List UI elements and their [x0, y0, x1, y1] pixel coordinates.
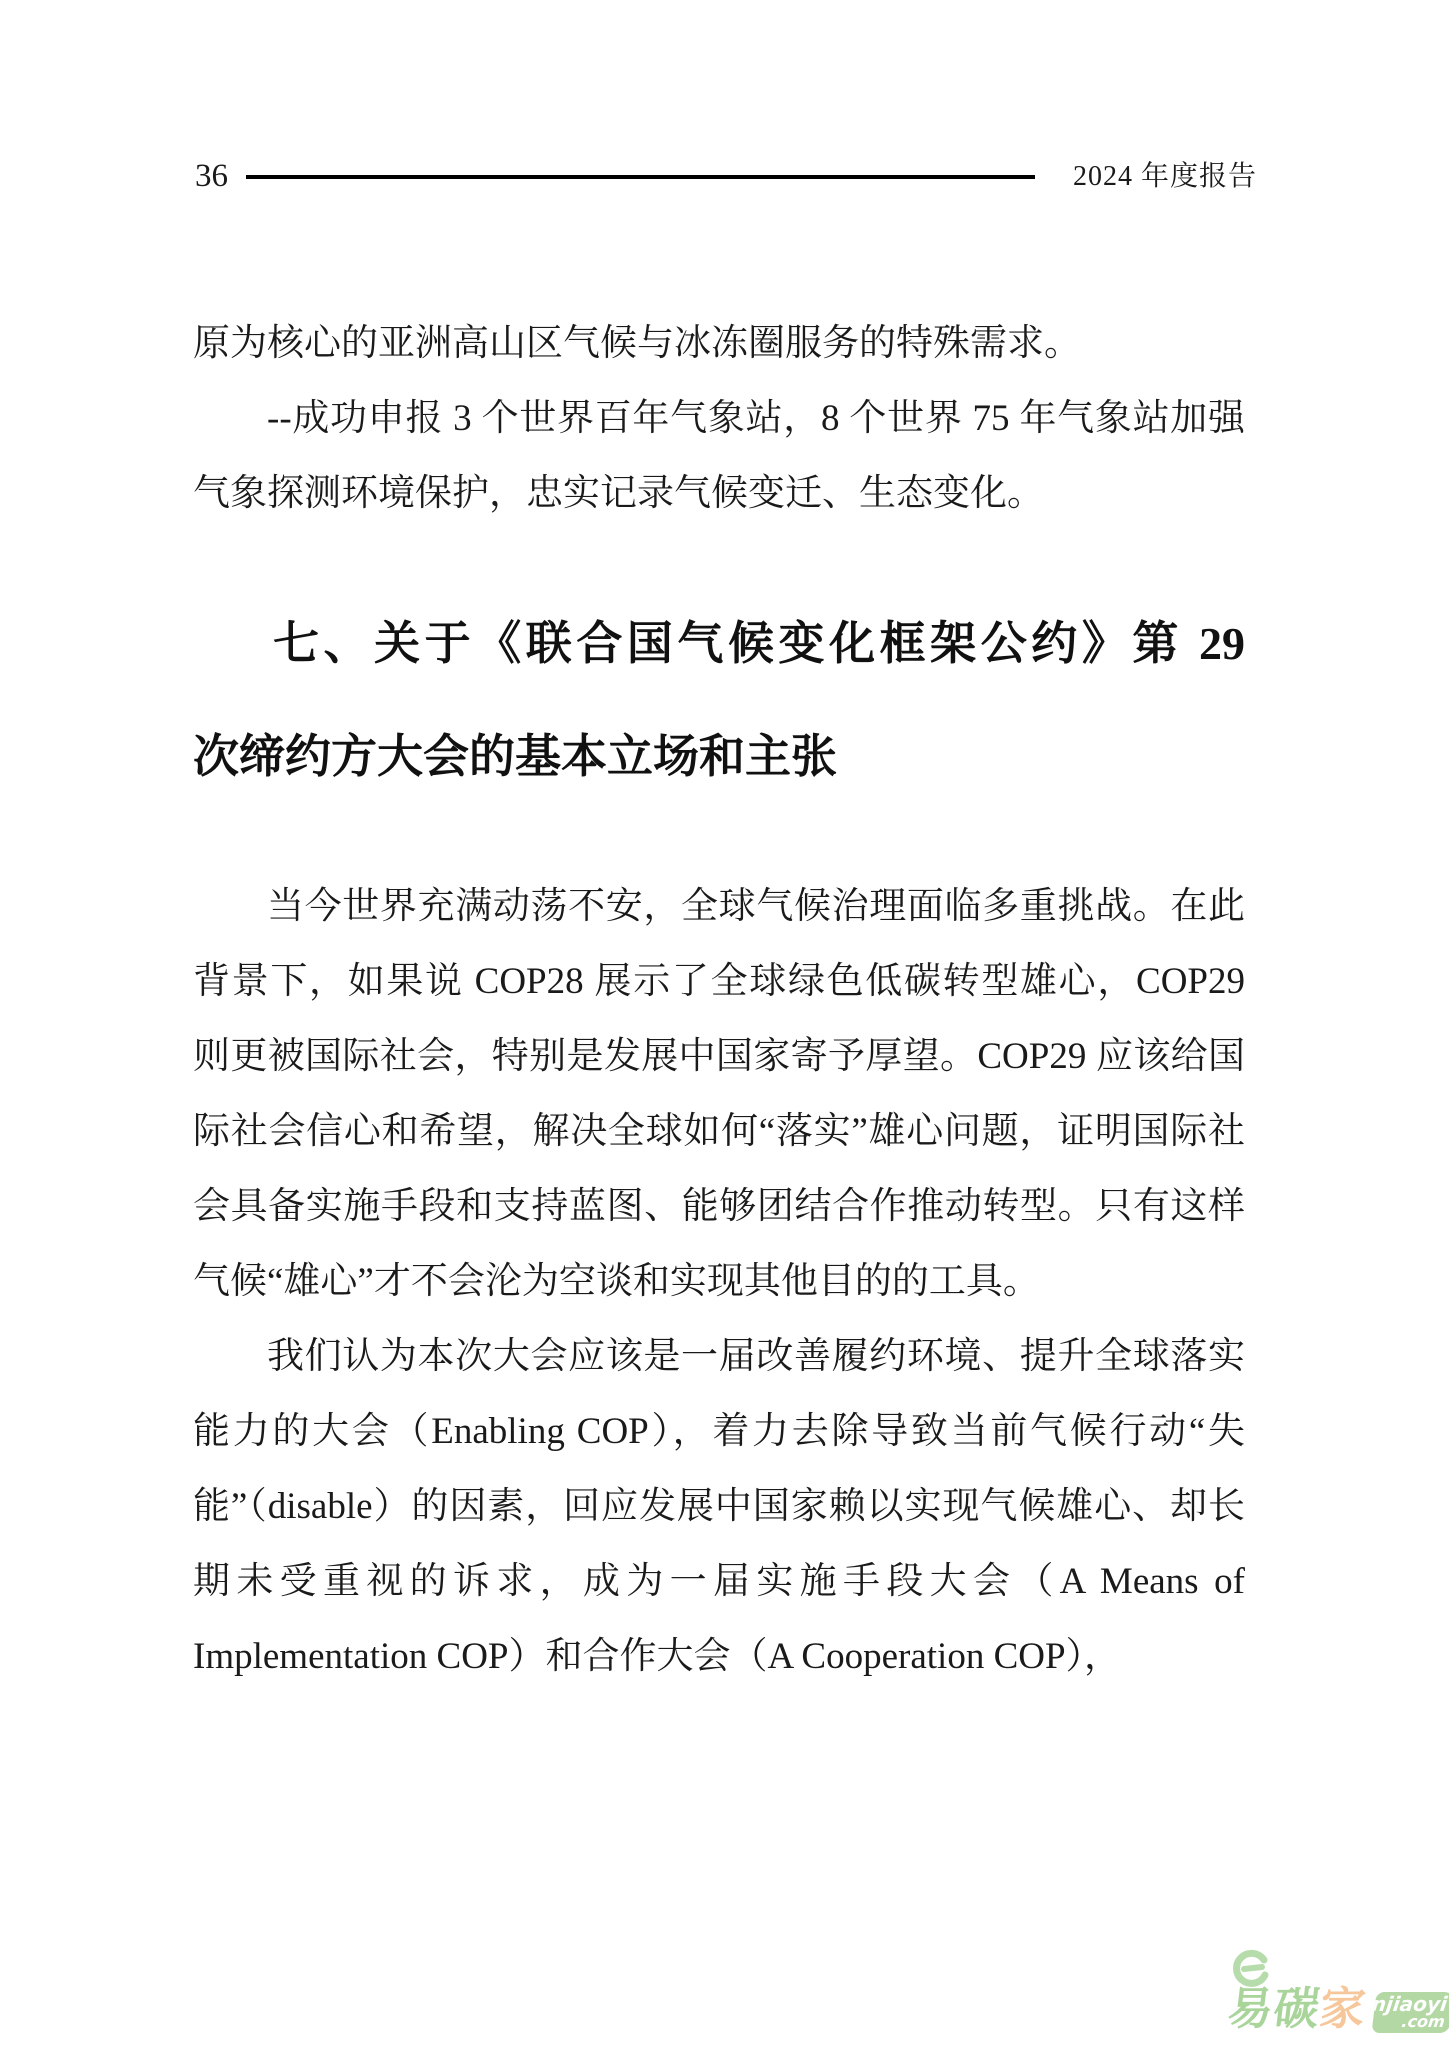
- section-heading-line-2: 次缔约方大会的基本立场和主张: [193, 700, 1245, 813]
- page-header: 36 2024 年度报告: [195, 160, 1257, 193]
- watermark-char-jia: 家: [1317, 1983, 1369, 2035]
- page-number: 36: [195, 160, 228, 193]
- paragraph-enabling-cop: 我们认为本次大会应该是一届改善履约环境、提升全球落实能力的大会（Enabling…: [193, 1319, 1245, 1694]
- watermark-char-tan: 碳: [1271, 1983, 1323, 2035]
- paragraph-weather-stations: --成功申报 3 个世界百年气象站，8 个世界 75 年气象站加强气象探测环境保…: [193, 381, 1245, 531]
- watermark-char-yi: 易: [1225, 1983, 1277, 2035]
- report-title: 2024 年度报告: [1073, 161, 1257, 193]
- paragraph-continuation: 原为核心的亚洲高山区气候与冰冻圈服务的特殊需求。: [193, 306, 1245, 381]
- section-heading-line-1: 七、关于《联合国气候变化框架公约》第 29: [193, 587, 1245, 700]
- watermark-badge: tanjiaoyi .com: [1372, 1992, 1449, 2033]
- document-page: 36 2024 年度报告 原为核心的亚洲高山区气候与冰冻圈服务的特殊需求。 --…: [0, 0, 1449, 2047]
- header-rule: [246, 175, 1035, 179]
- watermark-logo: 易 碳 家 tanjiaoyi .com: [1228, 1983, 1449, 2035]
- document-body: 原为核心的亚洲高山区气候与冰冻圈服务的特殊需求。 --成功申报 3 个世界百年气…: [193, 306, 1245, 1694]
- watermark-badge-domain: tanjiaoyi: [1372, 1994, 1449, 2014]
- paragraph-cop29-position: 当今世界充满动荡不安，全球气候治理面临多重挑战。在此背景下，如果说 COP28 …: [193, 869, 1245, 1319]
- section-heading: 七、关于《联合国气候变化框架公约》第 29 次缔约方大会的基本立场和主张: [193, 587, 1245, 813]
- watermark-badge-tld: .com: [1401, 2014, 1446, 2030]
